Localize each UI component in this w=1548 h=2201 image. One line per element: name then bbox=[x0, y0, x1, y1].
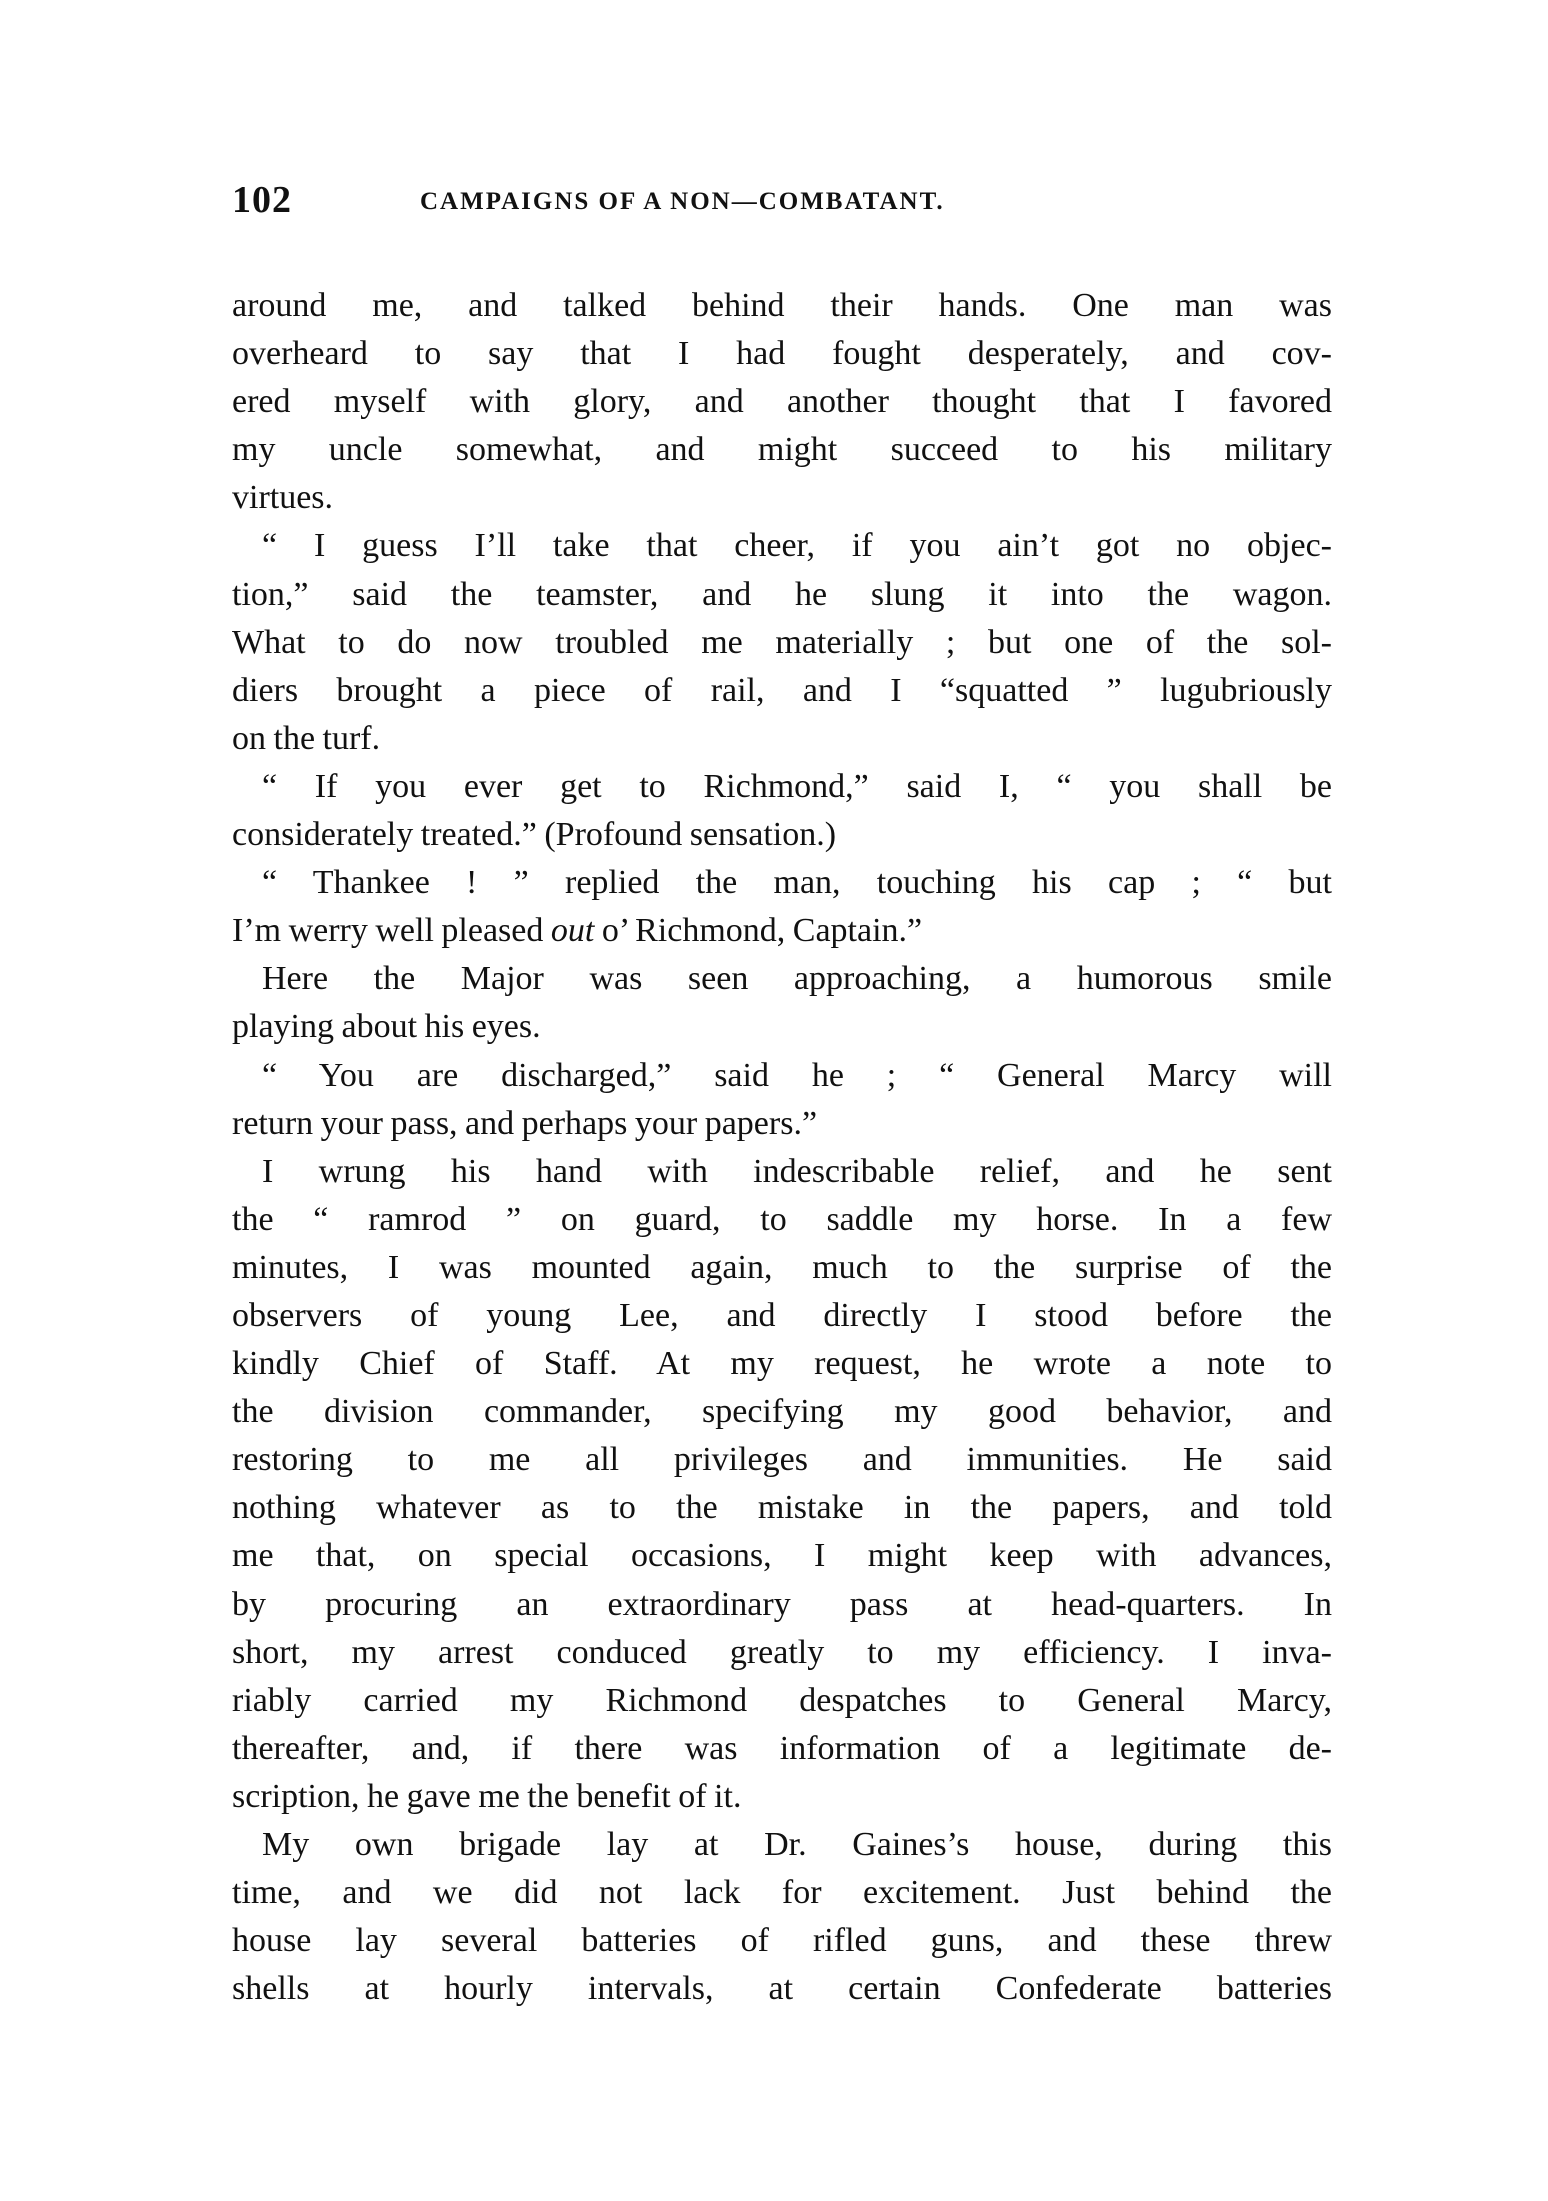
text-line: nothing whatever as to the mistake in th… bbox=[232, 1484, 1332, 1532]
running-head: 102 CAMPAIGNS OF A NON—COMBATANT. bbox=[232, 178, 1332, 228]
page-number: 102 bbox=[232, 178, 292, 222]
text-line: on the turf. bbox=[232, 715, 1332, 763]
text-line: tion,” said the teamster, and he slung i… bbox=[232, 571, 1332, 619]
running-title: CAMPAIGNS OF A NON—COMBATANT. bbox=[420, 188, 945, 216]
body-text: around me, and talked behind their hands… bbox=[232, 282, 1332, 2013]
text-line: thereafter, and, if there was informatio… bbox=[232, 1725, 1332, 1773]
text-line: playing about his eyes. bbox=[232, 1003, 1332, 1051]
text-line: I’m werry well pleased out o’ Richmond, … bbox=[232, 907, 1332, 955]
text-line: What to do now troubled me materially ; … bbox=[232, 619, 1332, 667]
text-line: My own brigade lay at Dr. Gaines’s house… bbox=[232, 1821, 1332, 1869]
text-line: me that, on special occasions, I might k… bbox=[232, 1532, 1332, 1580]
text-line: around me, and talked behind their hands… bbox=[232, 282, 1332, 330]
text-line: the “ ramrod ” on guard, to saddle my ho… bbox=[232, 1196, 1332, 1244]
text-line: considerately treated.” (Profound sensat… bbox=[232, 811, 1332, 859]
text-line: observers of young Lee, and directly I s… bbox=[232, 1292, 1332, 1340]
text-line: I wrung his hand with indescribable reli… bbox=[232, 1148, 1332, 1196]
text-line: short, my arrest conduced greatly to my … bbox=[232, 1629, 1332, 1677]
text-line: house lay several batteries of rifled gu… bbox=[232, 1917, 1332, 1965]
text-line: riably carried my Richmond despatches to… bbox=[232, 1677, 1332, 1725]
italic-emphasis: out bbox=[551, 912, 594, 949]
text-line: return your pass, and perhaps your paper… bbox=[232, 1100, 1332, 1148]
text-line: shells at hourly intervals, at certain C… bbox=[232, 1965, 1332, 2013]
text-line: time, and we did not lack for excitement… bbox=[232, 1869, 1332, 1917]
text-line: overheard to say that I had fought despe… bbox=[232, 330, 1332, 378]
text-line: diers brought a piece of rail, and I “sq… bbox=[232, 667, 1332, 715]
text-line: scription, he gave me the benefit of it. bbox=[232, 1773, 1332, 1821]
text-line: the division commander, specifying my go… bbox=[232, 1388, 1332, 1436]
text-line: virtues. bbox=[232, 474, 1332, 522]
text-line: “ You are discharged,” said he ; “ Gener… bbox=[232, 1052, 1332, 1100]
text-line: “ I guess I’ll take that cheer, if you a… bbox=[232, 522, 1332, 570]
text-line: my uncle somewhat, and might succeed to … bbox=[232, 426, 1332, 474]
text-line: “ If you ever get to Richmond,” said I, … bbox=[232, 763, 1332, 811]
text-segment: I’m werry well pleased bbox=[232, 912, 551, 949]
text-line: “ Thankee ! ” replied the man, touching … bbox=[232, 859, 1332, 907]
text-segment: o’ Richmond, Captain.” bbox=[594, 912, 922, 949]
text-line: Here the Major was seen approaching, a h… bbox=[232, 955, 1332, 1003]
text-line: restoring to me all privileges and immun… bbox=[232, 1436, 1332, 1484]
text-line: ered myself with glory, and another thou… bbox=[232, 378, 1332, 426]
text-line: by procuring an extraordinary pass at he… bbox=[232, 1581, 1332, 1629]
text-line: kindly Chief of Staff. At my request, he… bbox=[232, 1340, 1332, 1388]
text-line: minutes, I was mounted again, much to th… bbox=[232, 1244, 1332, 1292]
